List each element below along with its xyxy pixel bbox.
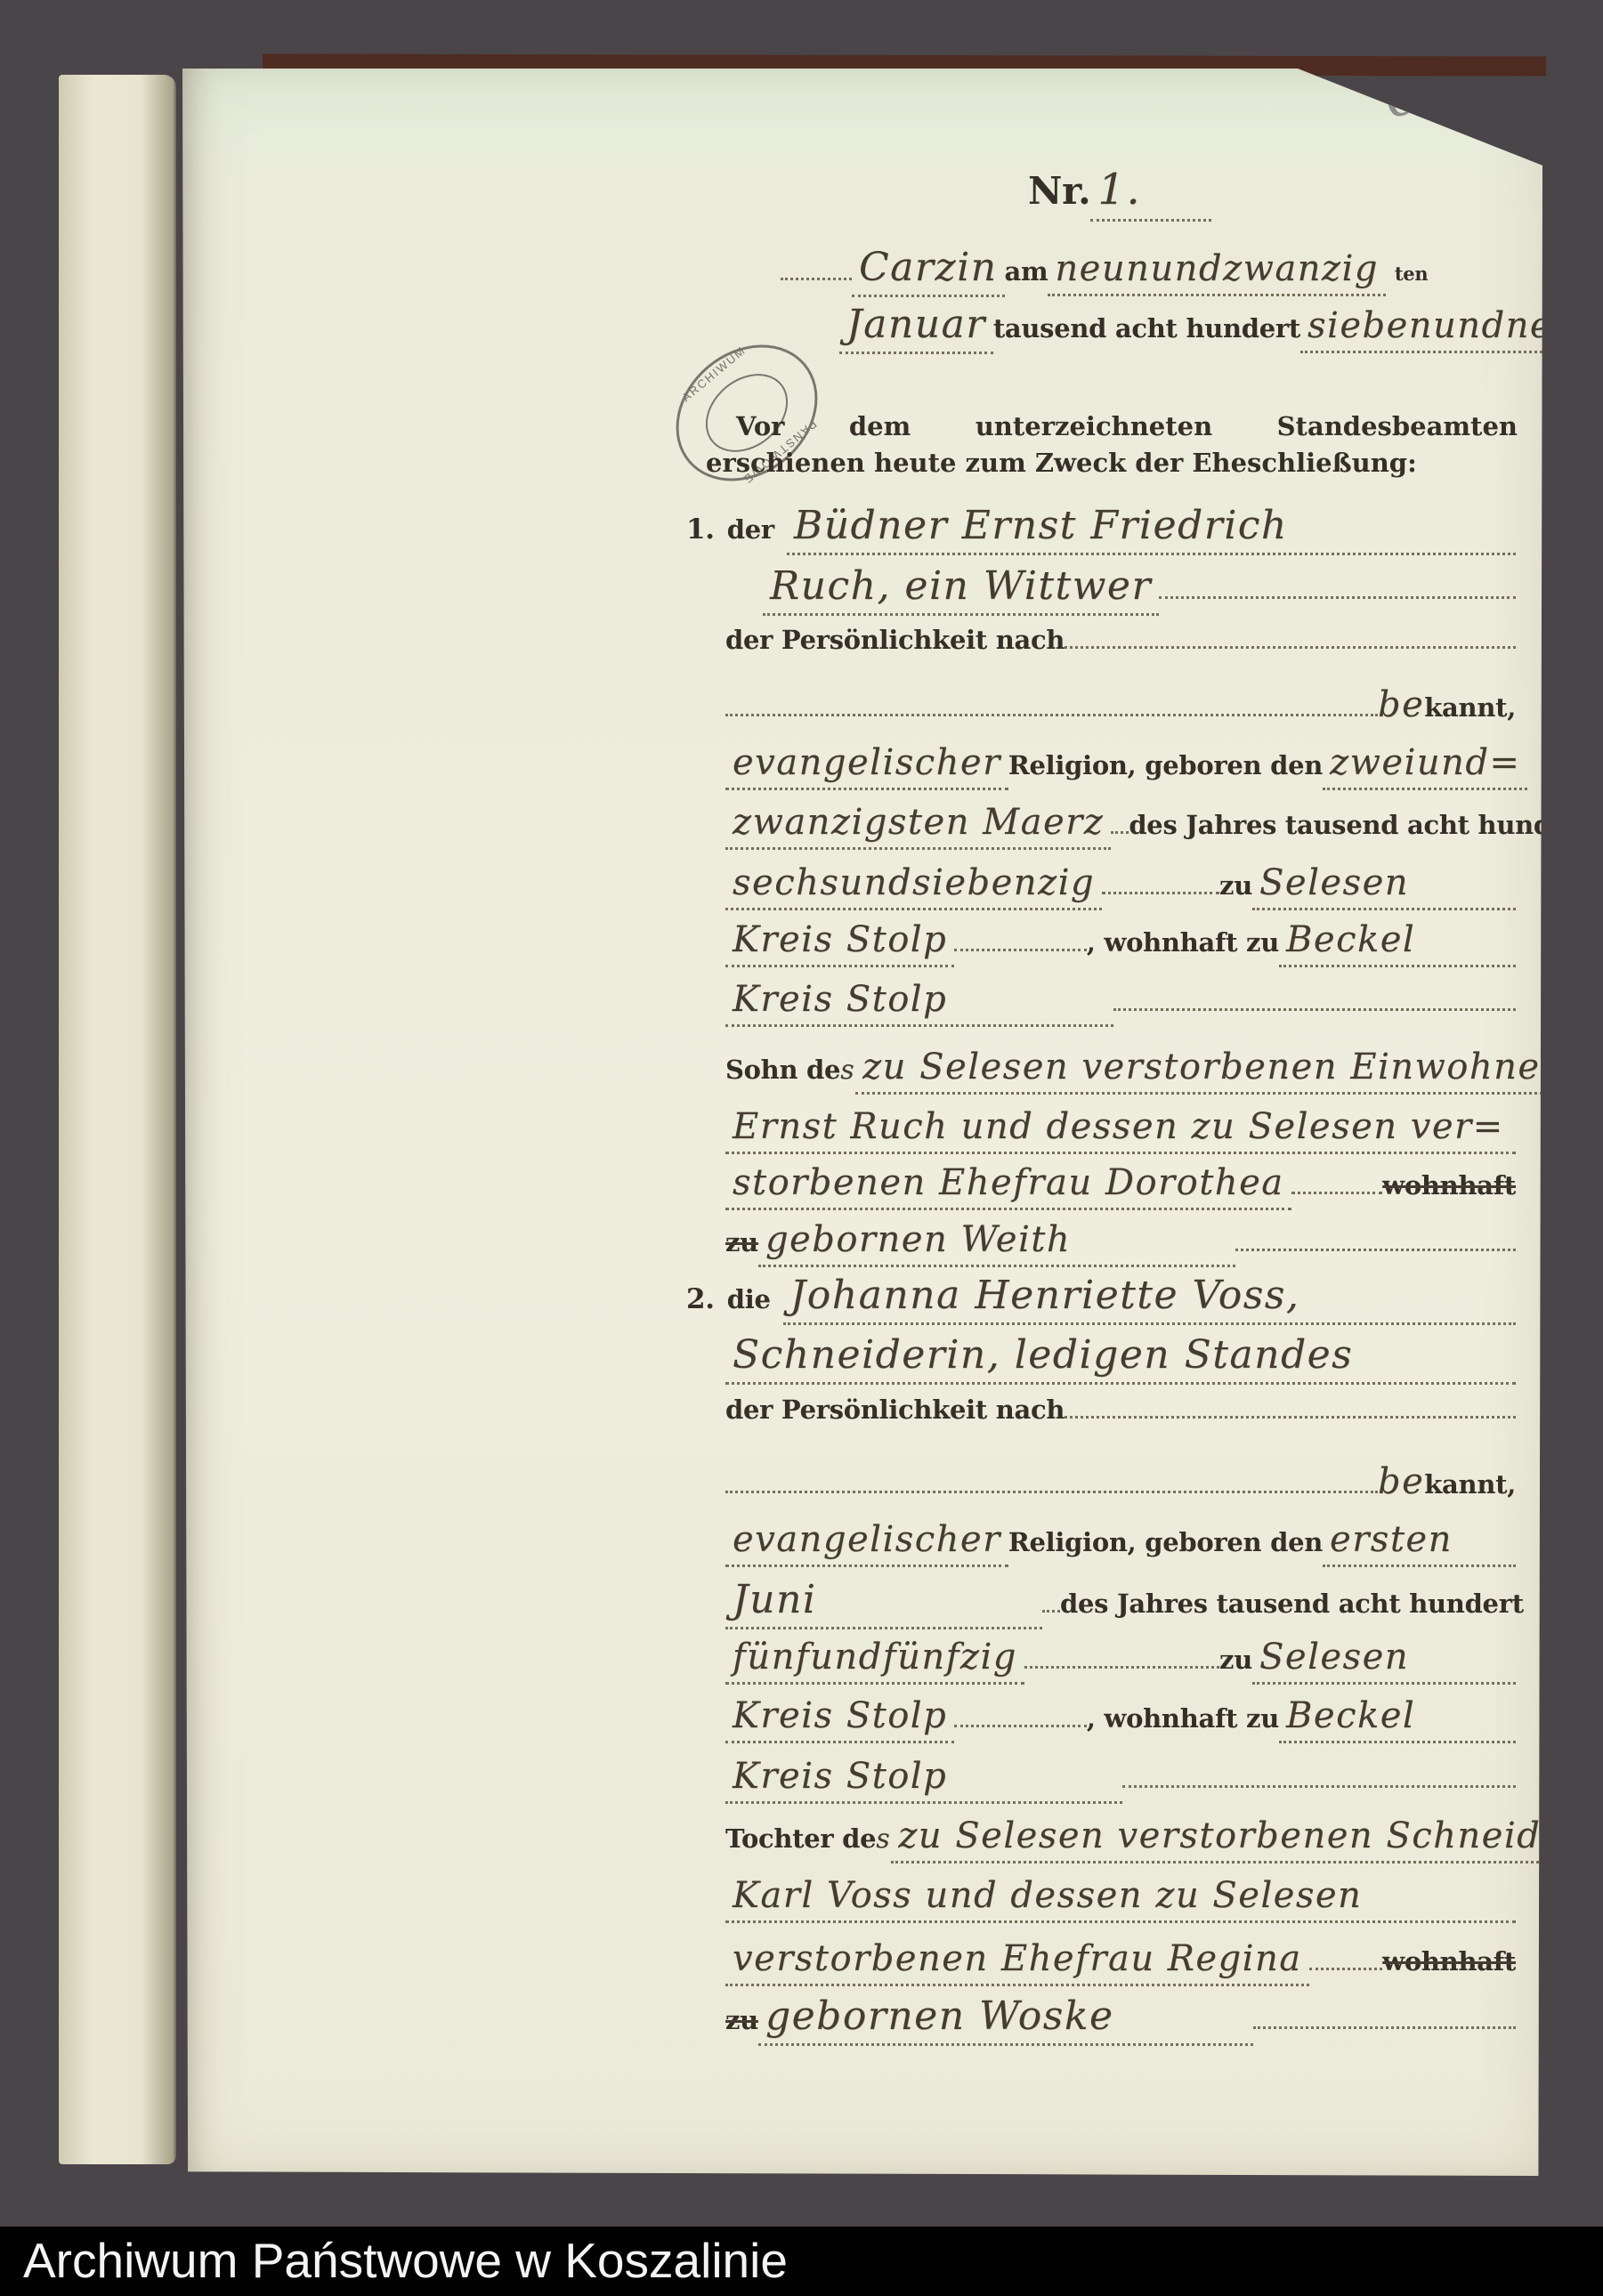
party1-parent-suffix-handwritten: s — [840, 1055, 855, 1086]
party1-name-line1: Büdner Ernst Friedrich — [787, 503, 1516, 555]
party1-parents-line4: gebornen Weith — [758, 1219, 1235, 1267]
known-suffix-label: kannt, — [1424, 692, 1516, 723]
record-number-row: Nr. 1. — [1028, 165, 1233, 222]
year-prefix-label: tausend acht hundert — [993, 313, 1300, 344]
wohnhaft-struck-label: wohnhaft — [1382, 1170, 1516, 1201]
party1-birth-month-row: zwanzigsten Maerz des Jahres tausend ach… — [725, 802, 1516, 850]
party2-birth-district-row: Kreis Stolp , wohnhaft zu Beckel — [725, 1695, 1516, 1743]
party2-birth-year-handwritten: fünfundfünfzig — [725, 1637, 1024, 1685]
month-handwritten: Januar — [839, 302, 993, 354]
party1-number: 1. — [686, 513, 715, 546]
zu-struck-label: zu — [725, 2005, 758, 2035]
dotted-line — [1065, 1416, 1516, 1419]
party1-birth-district-handwritten: Kreis Stolp — [725, 919, 954, 967]
intro-paragraph: Vor dem unterzeichneten Standesbeamten e… — [706, 408, 1518, 481]
party2-residence-handwritten: Beckel — [1279, 1695, 1516, 1743]
date-place-row: Carzin am neunundzwanzig ten — [781, 245, 1357, 297]
party2-birth-month-row: Juni des Jahres tausend acht hundert — [725, 1577, 1516, 1629]
religion-label: Religion, geboren den — [1008, 750, 1323, 780]
party1-parents-line2: Ernst Ruch und dessen zu Selesen ver= — [725, 1106, 1516, 1154]
party2-known-handwritten: be — [1378, 1461, 1424, 1502]
known-suffix-label: kannt, — [1424, 1469, 1516, 1500]
party1-parents-row3: storbenen Ehefrau Dorothea wohnhaft — [725, 1162, 1516, 1210]
party2-birth-day-handwritten: ersten — [1323, 1519, 1516, 1567]
party2-parents-line2: Karl Voss und dessen zu Selesen — [725, 1875, 1516, 1923]
party2-parent-suffix-handwritten: s — [876, 1823, 891, 1855]
party1-birth-district-row: Kreis Stolp , wohnhaft zu Beckel — [725, 919, 1516, 967]
party2-birth-month-handwritten: Juni — [725, 1577, 1042, 1629]
party1-residence-district-row: Kreis Stolp — [725, 979, 1516, 1027]
religion-label: Religion, geboren den — [1008, 1527, 1323, 1557]
wohnhaft-zu-label: , wohnhaft zu — [1087, 1703, 1279, 1734]
party2-parents-row2: Karl Voss und dessen zu Selesen — [725, 1875, 1516, 1923]
year-of-label: des Jahres tausend acht hundert — [1129, 810, 1592, 840]
party2-residence-district-row: Kreis Stolp — [725, 1756, 1516, 1804]
printed-page-letter: B. — [1471, 74, 1518, 119]
record-number-label: Nr. — [1028, 169, 1090, 213]
party2-parents-line1: zu Selesen verstorbenen Schneiders — [891, 1815, 1603, 1863]
dotted-line — [1291, 1192, 1383, 1194]
record-number-value: 1. — [1090, 165, 1211, 222]
party2-birth-year-row: fünfundfünfzig zu Selesen — [725, 1637, 1516, 1685]
zu-label: zu — [1219, 870, 1252, 901]
dotted-line — [954, 949, 1087, 951]
place-handwritten: Carzin — [852, 245, 1005, 297]
dotted-line — [1102, 892, 1219, 894]
day-handwritten: neunundzwanzig — [1048, 248, 1385, 296]
party2-name-row1: 2. die Johanna Henriette Voss, — [686, 1273, 1516, 1325]
identity-label: der Persönlichkeit nach — [725, 625, 1065, 655]
archive-caption-text: Archiwum Państwowe w Koszalinie — [0, 2227, 1603, 2294]
register-form-page: 66 B. Nr. 1. Carzin am neunundzwanzig te… — [182, 69, 1542, 2176]
party1-article: der — [727, 514, 774, 545]
year-of-label: des Jahres tausend acht hundert — [1060, 1589, 1524, 1619]
party2-religion-handwritten: evangelischer — [725, 1519, 1008, 1567]
party2-parents-row1: Tochter de s zu Selesen verstorbenen Sch… — [725, 1815, 1516, 1863]
party1-religion-handwritten: evangelischer — [725, 742, 1008, 790]
party2-residence-district-handwritten: Kreis Stolp — [725, 1756, 1122, 1804]
party1-identity-row: der Persönlichkeit nach — [725, 625, 1516, 655]
dotted-line — [781, 278, 852, 280]
date-month-year-row: Januar tausend acht hundert siebenundneu… — [839, 302, 1518, 354]
party1-religion-row: evangelischer Religion, geboren den zwei… — [725, 742, 1516, 790]
dotted-line — [1111, 831, 1129, 834]
dotted-line — [1065, 646, 1516, 649]
party2-parents-row3: verstorbenen Ehefrau Regina wohnhaft — [725, 1938, 1516, 1986]
party2-birth-district-handwritten: Kreis Stolp — [725, 1695, 954, 1743]
dotted-line — [725, 714, 1378, 716]
archive-caption-bar: Archiwum Państwowe w Koszalinie — [0, 2227, 1603, 2296]
party2-name-row2: Schneiderin, ledigen Standes — [725, 1332, 1516, 1385]
dotted-line — [1309, 1968, 1383, 1970]
dotted-line — [1253, 2026, 1516, 2029]
son-prefix-label: Sohn de — [725, 1055, 840, 1085]
party1-name-row1: 1. der Büdner Ernst Friedrich — [686, 503, 1516, 555]
party1-known-row: be kannt, — [725, 684, 1516, 725]
dotted-line — [1122, 1785, 1516, 1788]
zu-struck-label: zu — [725, 1227, 758, 1257]
zu-label: zu — [1219, 1645, 1252, 1675]
party1-birth-place-handwritten: Selesen — [1252, 862, 1516, 910]
party1-parents-row2: Ernst Ruch und dessen zu Selesen ver= — [725, 1106, 1516, 1154]
party1-known-handwritten: be — [1378, 684, 1424, 725]
party1-birth-day-handwritten: zweiund= — [1323, 742, 1527, 790]
party1-parents-row1: Sohn de s zu Selesen verstorbenen Einwoh… — [725, 1047, 1516, 1095]
party2-identity-row: der Persönlichkeit nach — [725, 1395, 1516, 1425]
party2-religion-row: evangelischer Religion, geboren den erst… — [725, 1519, 1516, 1567]
party1-name-line2: Ruch, ein Wittwer — [763, 563, 1159, 616]
party2-parents-line3: verstorbenen Ehefrau Regina — [725, 1938, 1309, 1986]
wohnhaft-zu-label: , wohnhaft zu — [1087, 927, 1279, 958]
party2-name-line1: Johanna Henriette Voss, — [783, 1273, 1516, 1325]
party2-article: die — [727, 1284, 771, 1314]
party2-birth-place-handwritten: Selesen — [1252, 1637, 1516, 1685]
dotted-line — [1113, 1008, 1516, 1011]
dotted-line — [1024, 1666, 1219, 1669]
scanned-register-page: 66 B. Nr. 1. Carzin am neunundzwanzig te… — [0, 0, 1603, 2296]
party1-birth-year-row: sechsundsiebenzig zu Selesen — [725, 862, 1516, 910]
am-label: am — [1005, 256, 1048, 287]
year-handwritten: siebenundneunzig — [1300, 305, 1603, 353]
party2-number: 2. — [686, 1283, 715, 1315]
dotted-line — [725, 1491, 1378, 1493]
party1-parents-line1: zu Selesen verstorbenen Einwohners — [855, 1047, 1585, 1095]
dotted-line — [954, 1725, 1087, 1727]
daughter-prefix-label: Tochter de — [725, 1823, 876, 1854]
party1-residence-district-handwritten: Kreis Stolp — [725, 979, 1113, 1027]
previous-page-edge — [59, 75, 176, 2164]
ten-label: ten — [1395, 263, 1428, 285]
wohnhaft-struck-label: wohnhaft — [1382, 1946, 1516, 1977]
party1-residence-handwritten: Beckel — [1279, 919, 1516, 967]
party2-name-line2: Schneiderin, ledigen Standes — [725, 1332, 1516, 1385]
party2-parents-line4: gebornen Woske — [758, 1993, 1253, 2046]
party2-known-row: be kannt, — [725, 1461, 1516, 1502]
dotted-line — [1042, 1610, 1060, 1613]
party1-birth-year-handwritten: sechsundsiebenzig — [725, 862, 1102, 910]
party1-parents-line3: storbenen Ehefrau Dorothea — [725, 1162, 1291, 1210]
party1-parents-row4: zu gebornen Weith — [725, 1219, 1516, 1267]
dotted-line — [1159, 596, 1516, 599]
dotted-line — [1235, 1249, 1516, 1251]
party1-name-row2: Ruch, ein Wittwer — [763, 563, 1516, 616]
identity-label: der Persönlichkeit nach — [725, 1395, 1065, 1425]
party1-birth-day2-handwritten: zwanzigsten Maerz — [725, 802, 1111, 850]
party2-parents-row4: zu gebornen Woske — [725, 1993, 1516, 2046]
